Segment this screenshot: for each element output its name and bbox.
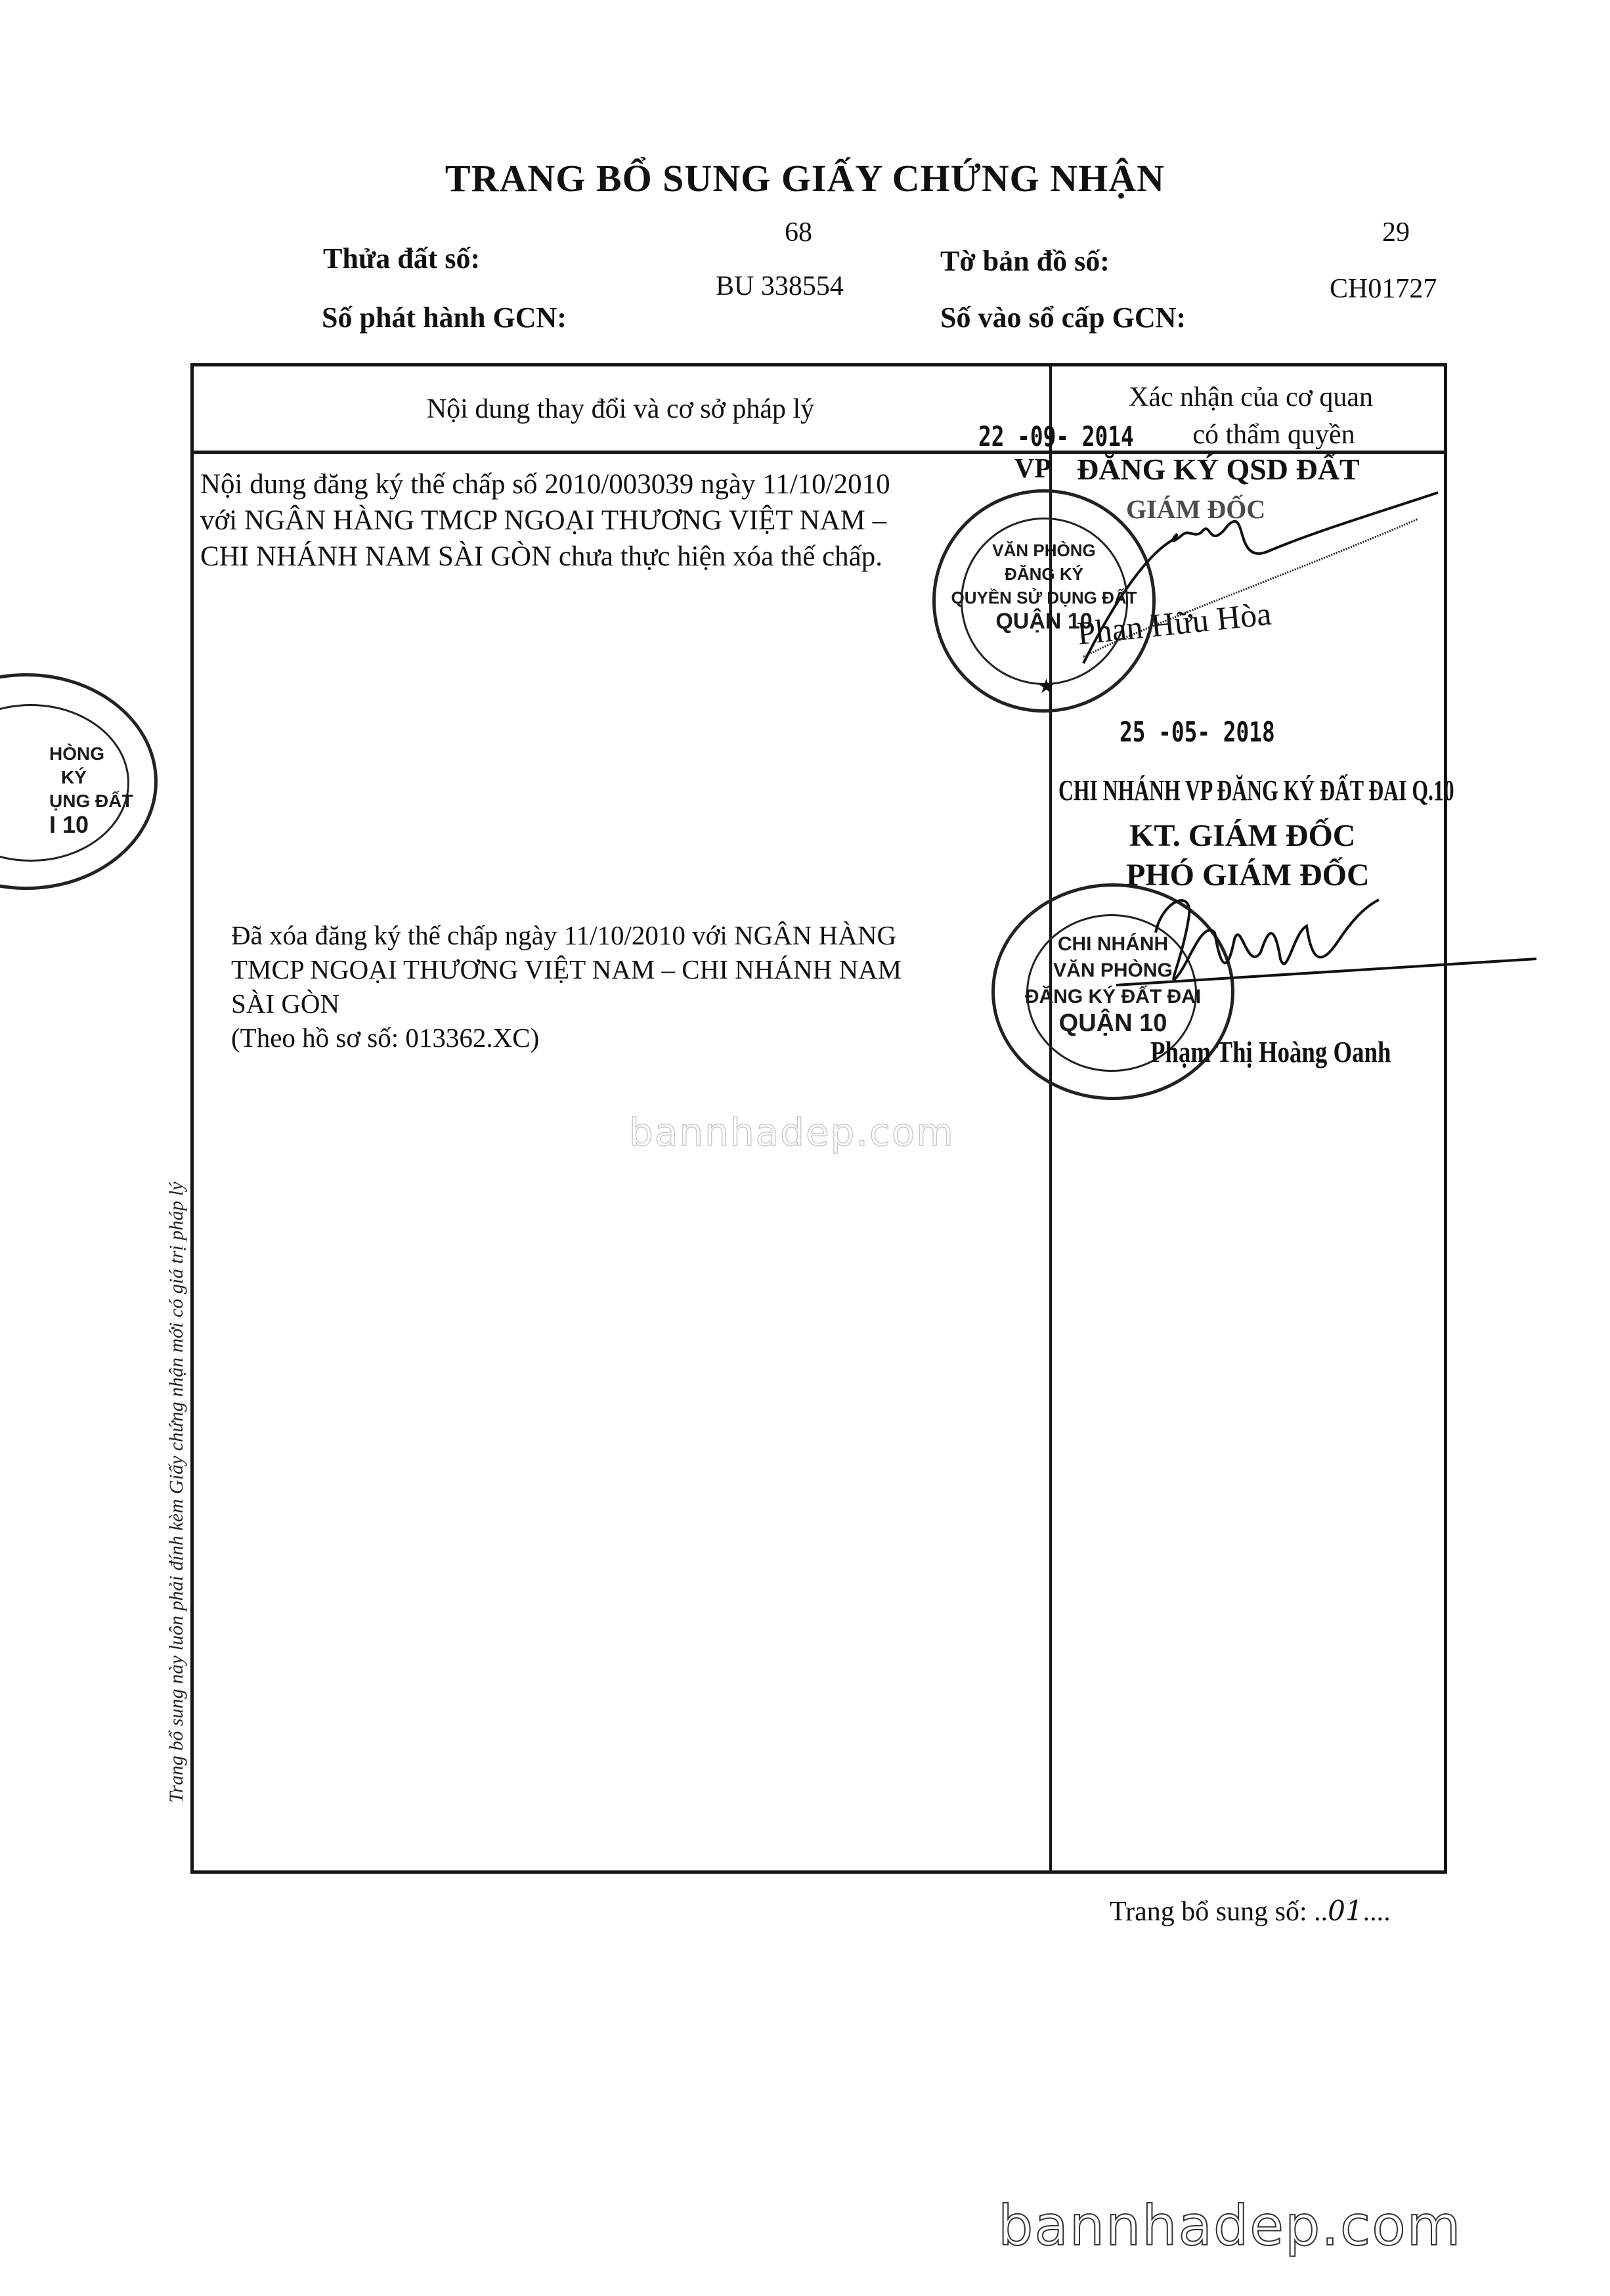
supplement-page-number: Trang bổ sung số: ..01.... [1110,1895,1391,1928]
certificate-issue-number-label: Số phát hành GCN: [322,301,567,334]
certificate-issue-number-value: BU 338554 [716,271,844,302]
table-header-confirmation-line1: Xác nhận của cơ quan [1057,380,1445,416]
parcel-number-value: 68 [785,217,812,248]
map-sheet-label: Tờ bản đồ số: [940,244,1110,278]
parcel-number-label: Thửa đất số: [323,242,480,275]
entry-2-signature [1116,880,1543,1011]
entry-2-signer-text: Phạm Thị Hoàng Oanh [1150,1034,1391,1069]
table-header-confirmation-line2: có thẩm quyền [1116,417,1431,453]
seal-line: HÒNG [49,742,133,766]
entry-1-signature [985,499,1445,683]
document-title: TRANG BỔ SUNG GIẤY CHỨNG NHẬN [0,156,1610,200]
entry-1-line-2: với NGÂN HÀNG TMCP NGOẠI THƯƠNG VIỆT NAM… [200,502,890,539]
entry-2-line-2: TMCP NGOẠI THƯƠNG VIỆT NAM – CHI NHÁNH N… [231,952,902,986]
certificate-register-number-label: Số vào sổ cấp GCN: [940,301,1186,334]
table-header-content: Nội dung thay đổi và cơ sở pháp lý [197,391,1044,428]
seal-line: KÝ [49,766,133,789]
entry-2-position-line1: KT. GIÁM ĐỐC [1129,818,1355,854]
seal-line: QUẬN 10 [1001,1010,1225,1036]
entry-1-line-3: CHI NHÁNH NAM SÀI GÒN chưa thực hiện xóa… [200,539,890,575]
watermark-center: bannhadep.com [629,1110,955,1155]
entry-1-office: ĐĂNG KÝ QSD ĐẤT [1077,452,1360,487]
dots: .. [1314,1897,1328,1927]
map-sheet-value: 29 [1382,217,1410,248]
watermark-bottom: bannhadep.com [998,2194,1462,2258]
supplement-page-value: 01 [1328,1895,1362,1927]
entry-2-content: Đã xóa đăng ký thế chấp ngày 11/10/2010 … [231,918,902,1055]
margin-seal-text: HÒNG KÝ ỤNG ĐẤT I 10 [49,742,133,837]
entry-2-office: CHI NHÁNH VP ĐĂNG KÝ ĐẤT ĐAI Q.10 [1058,774,1608,807]
seal-line: I 10 [49,813,133,837]
supplement-page-label: Trang bổ sung số: [1110,1897,1307,1927]
margin-seal: HÒNG KÝ ỤNG ĐẤT I 10 [0,673,158,890]
entry-2-office-text: CHI NHÁNH VP ĐĂNG KÝ ĐẤT ĐAI Q.10 [1058,774,1454,807]
entry-1-office-prefix: VP [1014,453,1051,485]
entry-1-confirmation-date: 22 -09- 2014 [978,420,1134,453]
entry-2-line-1: Đã xóa đăng ký thế chấp ngày 11/10/2010 … [231,918,902,952]
certificate-register-number-value: CH01727 [1330,273,1437,305]
entry-2-signer-name: Phạm Thị Hoàng Oanh [1150,1034,1451,1069]
dots: .... [1363,1897,1391,1927]
entry-2-line-3: SÀI GÒN [231,986,902,1021]
entry-1-line-1: Nội dung đăng ký thế chấp số 2010/003039… [200,466,890,502]
side-note: Trang bổ sung này luôn phải đính kèm Giấ… [165,1181,188,1803]
entry-2-confirmation-date: 25 -05- 2018 [1120,716,1275,748]
entry-1-content: Nội dung đăng ký thế chấp số 2010/003039… [200,466,890,575]
seal-line: ỤNG ĐẤT [49,789,133,813]
entry-2-line-4: (Theo hồ sơ số: 013362.XC) [231,1021,902,1055]
